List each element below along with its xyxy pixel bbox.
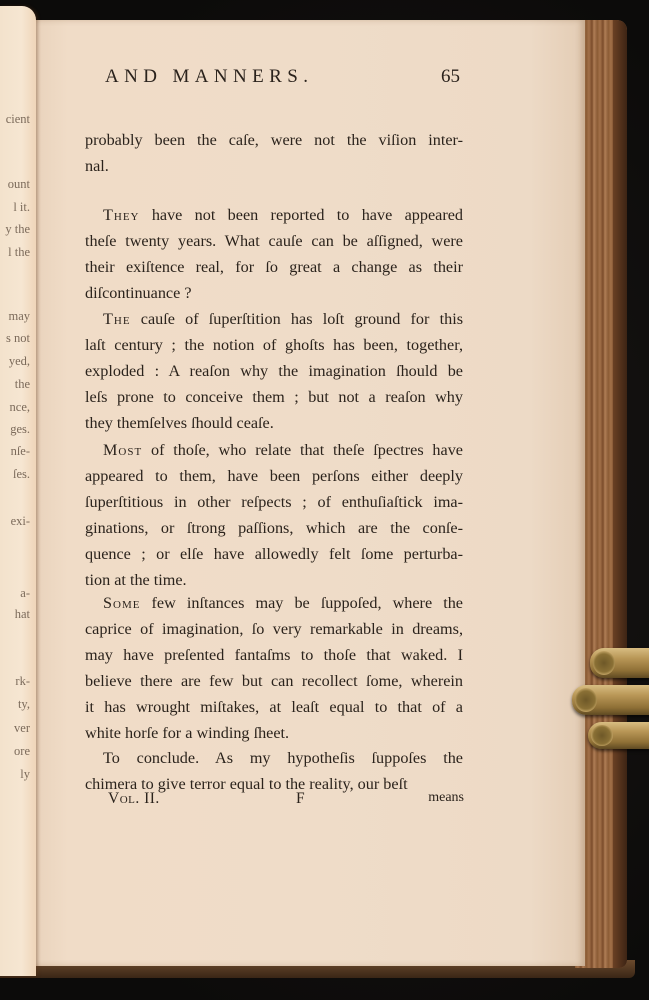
text-line: probably been the caſe, were not the viſ…	[85, 127, 463, 153]
clasp-end	[593, 651, 615, 675]
small-caps-lead: Some	[103, 594, 140, 612]
left-page-text-fragment: l it.	[13, 200, 30, 215]
paragraph: Some few inſtances may be ſuppoſed, wher…	[85, 590, 463, 746]
left-page-text-fragment: nce,	[10, 400, 30, 415]
left-page-text-fragment: s not	[6, 331, 30, 346]
text-line: They have not been reported to have appe…	[85, 202, 463, 228]
signature-mark: F	[296, 790, 305, 808]
text-line: white horſe for a winding ſheet.	[85, 720, 463, 746]
text-line: Most of thoſe, who relate that theſe ſpe…	[85, 437, 463, 463]
left-page-text-fragment: ver	[14, 721, 30, 736]
paragraph: They have not been reported to have appe…	[85, 202, 463, 306]
text-line: quence ; or elſe have allowedly felt ſom…	[85, 541, 463, 567]
page-number: 65	[441, 66, 460, 88]
left-page-text-fragment: a-	[20, 586, 30, 601]
left-page-text-fragment: ount	[8, 177, 30, 192]
catchword: means	[428, 790, 464, 806]
left-page-text-fragment: rk-	[15, 674, 30, 689]
left-page-text-fragment: ly	[20, 767, 30, 782]
left-page-text-fragment: exi-	[11, 514, 30, 529]
left-page-text-fragment: ty,	[18, 697, 30, 712]
text-line: To conclude. As my hypotheſis ſuppoſes t…	[85, 745, 463, 771]
left-page-text-fragment: hat	[15, 607, 30, 622]
left-page-text-fragment: yed,	[9, 354, 30, 369]
paragraph: probably been the caſe, were not the viſ…	[85, 127, 463, 179]
left-page-text-fragment: nſe-	[11, 444, 30, 459]
small-caps-lead: They	[103, 206, 140, 224]
text-line: laſt century ; the notion of ghoſts has …	[85, 332, 463, 358]
text-line: it has wrought miſtakes, at leaſt equal …	[85, 694, 463, 720]
left-page-text-fragment: ſes.	[13, 467, 30, 482]
left-page-text-fragment: the	[15, 377, 30, 392]
left-page-text-fragment: l the	[8, 245, 30, 260]
clasp-end	[575, 688, 597, 712]
text-line: exploded : A reaſon why the imagination …	[85, 358, 463, 384]
text-line: Some few inſtances may be ſuppoſed, wher…	[85, 590, 463, 616]
text-line: theſe twenty years. What cauſe can be aſ…	[85, 228, 463, 254]
book-clasp-bottom	[588, 722, 649, 749]
text-line: they themſelves ſhould ceaſe.	[85, 410, 463, 436]
text-line: appeared to them, have been perſons eith…	[85, 463, 463, 489]
small-caps-lead: Most	[103, 441, 142, 459]
book-clasp-top	[590, 648, 649, 678]
running-head: AND MANNERS. 65	[105, 66, 460, 96]
running-head-title: AND MANNERS.	[105, 66, 313, 88]
small-caps-lead: The	[103, 310, 131, 328]
left-page-text-fragment: may	[8, 309, 30, 324]
left-page-text-fragment: ges.	[10, 422, 30, 437]
left-page-text-fragment: ore	[14, 744, 30, 759]
left-page-edge: cientountl it.y thel themays notyed,then…	[0, 6, 36, 976]
text-line: leſs prone to conceive them ; but not a …	[85, 384, 463, 410]
clasp-end	[591, 725, 613, 746]
text-line: caprice of imagination, ſo very remarkab…	[85, 616, 463, 642]
left-page-text-fragment: y the	[5, 222, 30, 237]
text-line: nal.	[85, 153, 463, 179]
left-page-text-fragment: cient	[6, 112, 30, 127]
text-line: ſuperſtitious in other reſpects ; of ent…	[85, 489, 463, 515]
page-footer: Vol. II. F means	[108, 790, 464, 814]
book-clasp-middle	[572, 685, 649, 715]
text-line: may have preſented fantaſms to thoſe tha…	[85, 642, 463, 668]
paragraph: The cauſe of ſuperſtition has loſt groun…	[85, 306, 463, 436]
text-line: diſcontinuance ?	[85, 280, 463, 306]
text-line: their exiſtence real, for ſo great a cha…	[85, 254, 463, 280]
text-line: believe there are few but can recollect …	[85, 668, 463, 694]
volume-signature: Vol. II.	[108, 790, 160, 808]
paragraph: Most of thoſe, who relate that theſe ſpe…	[85, 437, 463, 593]
text-line: ginations, or ſtrong paſſions, which are…	[85, 515, 463, 541]
text-line: The cauſe of ſuperſtition has loſt groun…	[85, 306, 463, 332]
